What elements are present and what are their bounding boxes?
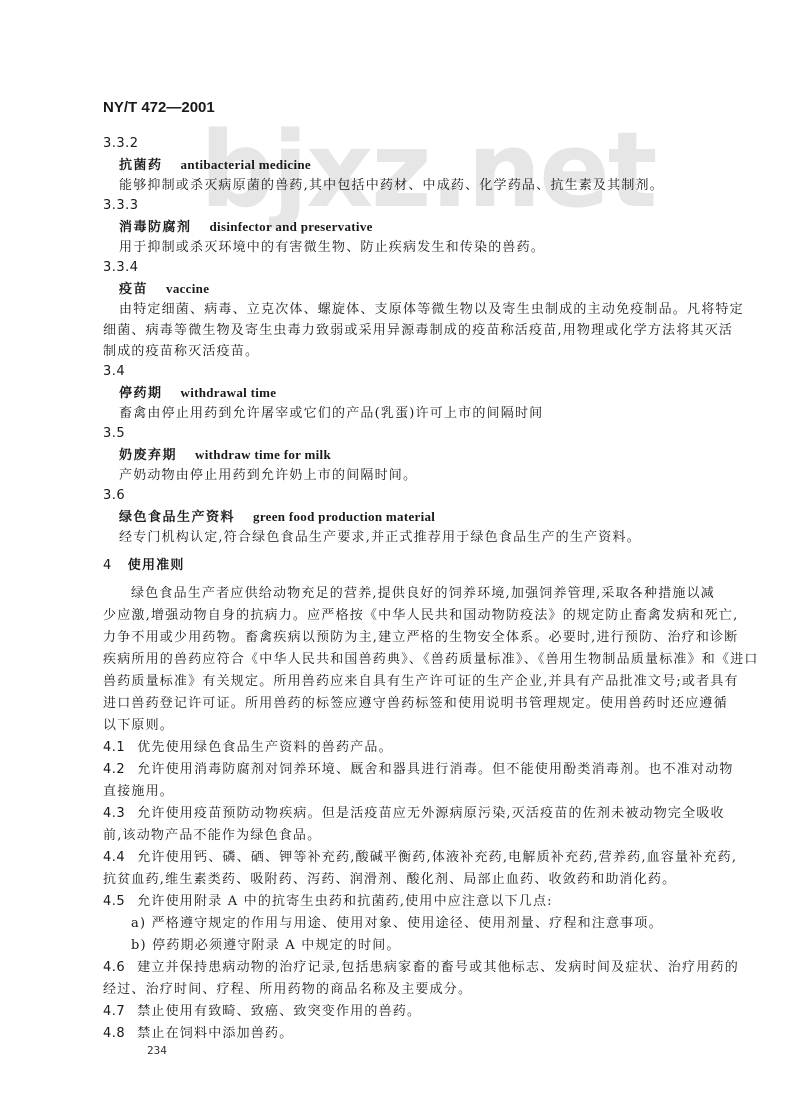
term-definition: 能够抑制或杀灭病原菌的兽药,其中包括中药材、中成药、化学药品、抗生素及其制剂。 (119, 178, 664, 194)
term-heading: 奶废弃期withdraw time for milk (119, 447, 331, 464)
term-en: withdraw time for milk (195, 447, 331, 462)
clause-4-5: 4.5允许使用附录 A 中的抗寄生虫药和抗菌药,使用中应注意以下几点: (103, 894, 553, 910)
sub-item-text: 严格遵守规定的作用与用途、使用对象、使用途径、使用剂量、疗程和注意事项。 (152, 916, 663, 931)
clause-number: 4.8 (103, 1026, 125, 1041)
sub-item-text: 停药期必须遵守附录 A 中规定的时间。 (152, 938, 400, 953)
clause-4-1: 4.1优先使用绿色食品生产资料的兽药产品。 (103, 740, 393, 756)
intro-line: 绿色食品生产者应供给动物充足的营养,提供良好的饲养环境,加强饲养管理,采取各种措… (131, 586, 715, 602)
clause-text: 允许使用附录 A 中的抗寄生虫药和抗菌药,使用中应注意以下几点: (137, 894, 553, 909)
term-en: green food production material (253, 509, 435, 524)
sub-item-b: b) 停药期必须遵守附录 A 中规定的时间。 (131, 938, 401, 954)
term-zh: 奶废弃期 (119, 448, 177, 463)
term-zh: 抗菌药 (119, 158, 163, 173)
sub-item-label: b) (131, 938, 147, 953)
clause-number: 3.5 (103, 426, 125, 442)
term-heading: 抗菌药antibacterial medicine (119, 157, 311, 174)
clause-number: 3.3.2 (103, 136, 139, 152)
term-zh: 绿色食品生产资料 (119, 510, 235, 525)
term-en: disinfector and preservative (210, 219, 373, 234)
clause-text-continued: 抗贫血药,维生素类药、吸附药、泻药、润滑剂、酸化剂、局部止血药、收敛药和助消化药… (103, 872, 676, 888)
term-heading: 绿色食品生产资料green food production material (119, 509, 435, 526)
term-en: antibacterial medicine (181, 157, 311, 172)
term-definition: 产奶动物由停止用药到允许奶上市的间隔时间。 (119, 468, 417, 484)
clause-text: 允许使用钙、磷、硒、钾等补充药,酸碱平衡药,体液补充药,电解质补充药,营养药,血… (137, 850, 737, 865)
intro-line: 以下原则。 (103, 718, 174, 734)
clause-4-3: 4.3允许使用疫苗预防动物疾病。但是活疫苗应无外源病原污染,灭活疫苗的佐剂未被动… (103, 806, 725, 822)
sub-item-label: a) (131, 916, 146, 931)
clause-number: 4.6 (103, 960, 125, 975)
clause-number: 4.4 (103, 850, 125, 865)
term-heading: 停药期withdrawal time (119, 385, 276, 402)
clause-number: 4.3 (103, 806, 125, 821)
sub-item-a: a) 严格遵守规定的作用与用途、使用对象、使用途径、使用剂量、疗程和注意事项。 (131, 916, 663, 932)
term-definition: 经专门机构认定,符合绿色食品生产要求,并正式推荐用于绿色食品生产的生产资料。 (119, 530, 641, 546)
clause-text-continued: 经过、治疗时间、疗程、所用药物的商品名称及主要成分。 (103, 982, 472, 998)
clause-text: 禁止在饲料中添加兽药。 (137, 1026, 293, 1041)
term-en: withdrawal time (181, 385, 277, 400)
clause-text: 优先使用绿色食品生产资料的兽药产品。 (137, 740, 393, 755)
clause-text-continued: 直接施用。 (103, 784, 174, 800)
section-title: 使用准则 (128, 558, 185, 573)
page-number: 234 (147, 1044, 167, 1057)
term-definition: 用于抑制或杀灭环境中的有害微生物、防止疾病发生和传染的兽药。 (119, 240, 545, 256)
term-zh: 停药期 (119, 386, 163, 401)
clause-number: 4.2 (103, 762, 125, 777)
term-heading: 疫苗vaccine (119, 281, 209, 298)
clause-text: 允许使用消毒防腐剂对饲养环境、厩舍和器具进行消毒。但不能使用酚类消毒剂。也不准对… (137, 762, 733, 777)
clause-number: 3.4 (103, 364, 125, 380)
clause-text: 禁止使用有致畸、致癌、致突变作用的兽药。 (137, 1004, 421, 1019)
clause-text: 建立并保持患病动物的治疗记录,包括患病家畜的畜号或其他标志、发病时间及症状、治疗… (137, 960, 739, 975)
clause-text-continued: 前,该动物产品不能作为绿色食品。 (103, 828, 321, 844)
clause-number: 3.3.4 (103, 260, 139, 276)
clause-4-8: 4.8禁止在饲料中添加兽药。 (103, 1026, 293, 1042)
term-definition: 畜禽由停止用药到允许屠宰或它们的产品(乳蛋)许可上市的间隔时间 (119, 406, 543, 422)
clause-number: 3.3.3 (103, 198, 139, 214)
term-zh: 疫苗 (119, 282, 148, 297)
document-page: bjxz.net NY/T 472—2001 3.3.2 抗菌药antibact… (0, 0, 800, 1094)
term-definition-line: 细菌、病毒等微生物及寄生虫毒力致弱或采用异源毒制成的疫苗称活疫苗,用物理或化学方… (103, 323, 733, 339)
intro-line: 进口兽药登记许可证。所用兽药的标签应遵守兽药标签和使用说明书管理规定。使用兽药时… (103, 696, 728, 712)
term-heading: 消毒防腐剂disinfector and preservative (119, 219, 373, 236)
term-zh: 消毒防腐剂 (119, 220, 192, 235)
clause-number: 4.5 (103, 894, 125, 909)
clause-number: 3.6 (103, 488, 125, 504)
clause-number: 4.1 (103, 740, 125, 755)
term-definition-line: 由特定细菌、病毒、立克次体、螺旋体、支原体等微生物以及寄生虫制成的主动免疫制品。… (119, 302, 744, 318)
intro-line: 少应激,增强动物自身的抗病力。应严格按《中华人民共和国动物防疫法》的规定防止畜禽… (103, 608, 738, 624)
intro-line: 力争不用或少用药物。畜禽疾病以预防为主,建立严格的生物安全体系。必要时,进行预防… (103, 630, 738, 646)
term-definition-line: 制成的疫苗称灭活疫苗。 (103, 344, 259, 360)
section-heading: 4使用准则 (103, 558, 185, 574)
clause-text: 允许使用疫苗预防动物疾病。但是活疫苗应无外源病原污染,灭活疫苗的佐剂未被动物完全… (137, 806, 725, 821)
intro-line: 疾病所用的兽药应符合《中华人民共和国兽药典》、《兽药质量标准》、《兽用生物制品质… (103, 652, 759, 668)
term-en: vaccine (166, 281, 209, 296)
standard-code-header: NY/T 472—2001 (103, 99, 215, 116)
section-number: 4 (103, 558, 112, 573)
clause-number: 4.7 (103, 1004, 125, 1019)
intro-line: 兽药质量标准》有关规定。所用兽药应来自具有生产许可证的生产企业,并具有产品批准文… (103, 674, 739, 690)
clause-4-4: 4.4允许使用钙、磷、硒、钾等补充药,酸碱平衡药,体液补充药,电解质补充药,营养… (103, 850, 737, 866)
clause-4-7: 4.7禁止使用有致畸、致癌、致突变作用的兽药。 (103, 1004, 421, 1020)
clause-4-6: 4.6建立并保持患病动物的治疗记录,包括患病家畜的畜号或其他标志、发病时间及症状… (103, 960, 739, 976)
clause-4-2: 4.2允许使用消毒防腐剂对饲养环境、厩舍和器具进行消毒。但不能使用酚类消毒剂。也… (103, 762, 734, 778)
